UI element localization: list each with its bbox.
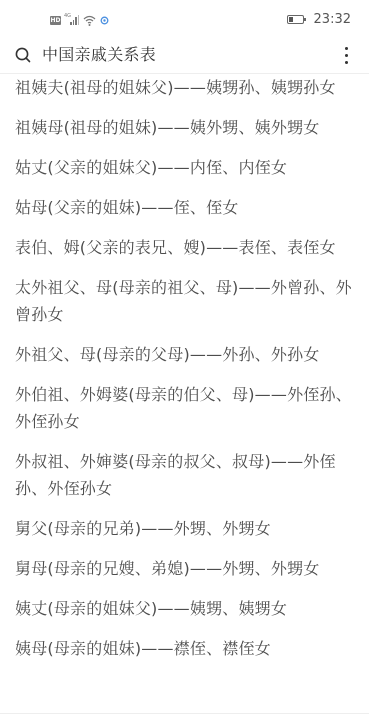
- notification-icon: [100, 15, 109, 26]
- relation-entry: 姑丈(父亲的姐妹父)——内侄、内侄女: [0, 154, 369, 181]
- more-vertical-icon-dot: [345, 54, 348, 57]
- article-content[interactable]: 祖姨夫(祖母的姐妹父)——姨甥孙、姨甥孙女 祖姨母(祖母的姐妹)——姨外甥、姨外…: [0, 74, 369, 700]
- relation-entry: 舅父(母亲的兄弟)——外甥、外甥女: [0, 515, 369, 542]
- page-title[interactable]: 中国亲戚关系表: [42, 45, 156, 65]
- more-vertical-icon-dot: [345, 61, 348, 64]
- status-icons-left: HD 4G: [50, 14, 109, 26]
- relation-entry: 姨丈(母亲的姐妹父)——姨甥、姨甥女: [0, 595, 369, 622]
- clock-time: 23:32: [314, 12, 351, 27]
- bottom-divider: [0, 713, 369, 714]
- relation-entry: 外伯祖、外姆婆(母亲的伯父、母)——外侄孙、外侄孙女: [0, 381, 369, 435]
- relation-entry: 祖姨夫(祖母的姐妹父)——姨甥孙、姨甥孙女: [0, 74, 369, 101]
- relation-entry: 太外祖父、母(母亲的祖父、母)——外曾孙、外曾孙女: [0, 274, 369, 328]
- relation-entry: 舅母(母亲的兄嫂、弟媳)——外甥、外甥女: [0, 555, 369, 582]
- app-header: 中国亲戚关系表: [0, 38, 369, 74]
- relation-entry: 祖姨母(祖母的姐妹)——姨外甥、姨外甥女: [0, 114, 369, 141]
- more-options-button[interactable]: [338, 43, 354, 67]
- status-bar: HD 4G 23:32: [0, 0, 369, 38]
- relation-entry: 外祖父、母(母亲的父母)——外孙、外孙女: [0, 341, 369, 368]
- hd-icon: HD: [50, 16, 61, 25]
- network-type-label: 4G: [64, 13, 71, 19]
- battery-icon: [287, 15, 304, 24]
- status-icons-right: 23:32: [287, 12, 351, 27]
- relation-entry: 表伯、姆(父亲的表兄、嫂)——表侄、表侄女: [0, 234, 369, 261]
- 4g-signal-icon: 4G: [65, 15, 79, 25]
- relation-entry: 姨母(母亲的姐妹)——襟侄、襟侄女: [0, 635, 369, 662]
- search-icon[interactable]: [15, 47, 31, 63]
- relation-entry: 外叔祖、外婶婆(母亲的叔父、叔母)——外侄孙、外侄孙女: [0, 448, 369, 502]
- more-vertical-icon: [345, 47, 348, 50]
- wifi-icon: [83, 15, 96, 26]
- relation-entry: 姑母(父亲的姐妹)——侄、侄女: [0, 194, 369, 221]
